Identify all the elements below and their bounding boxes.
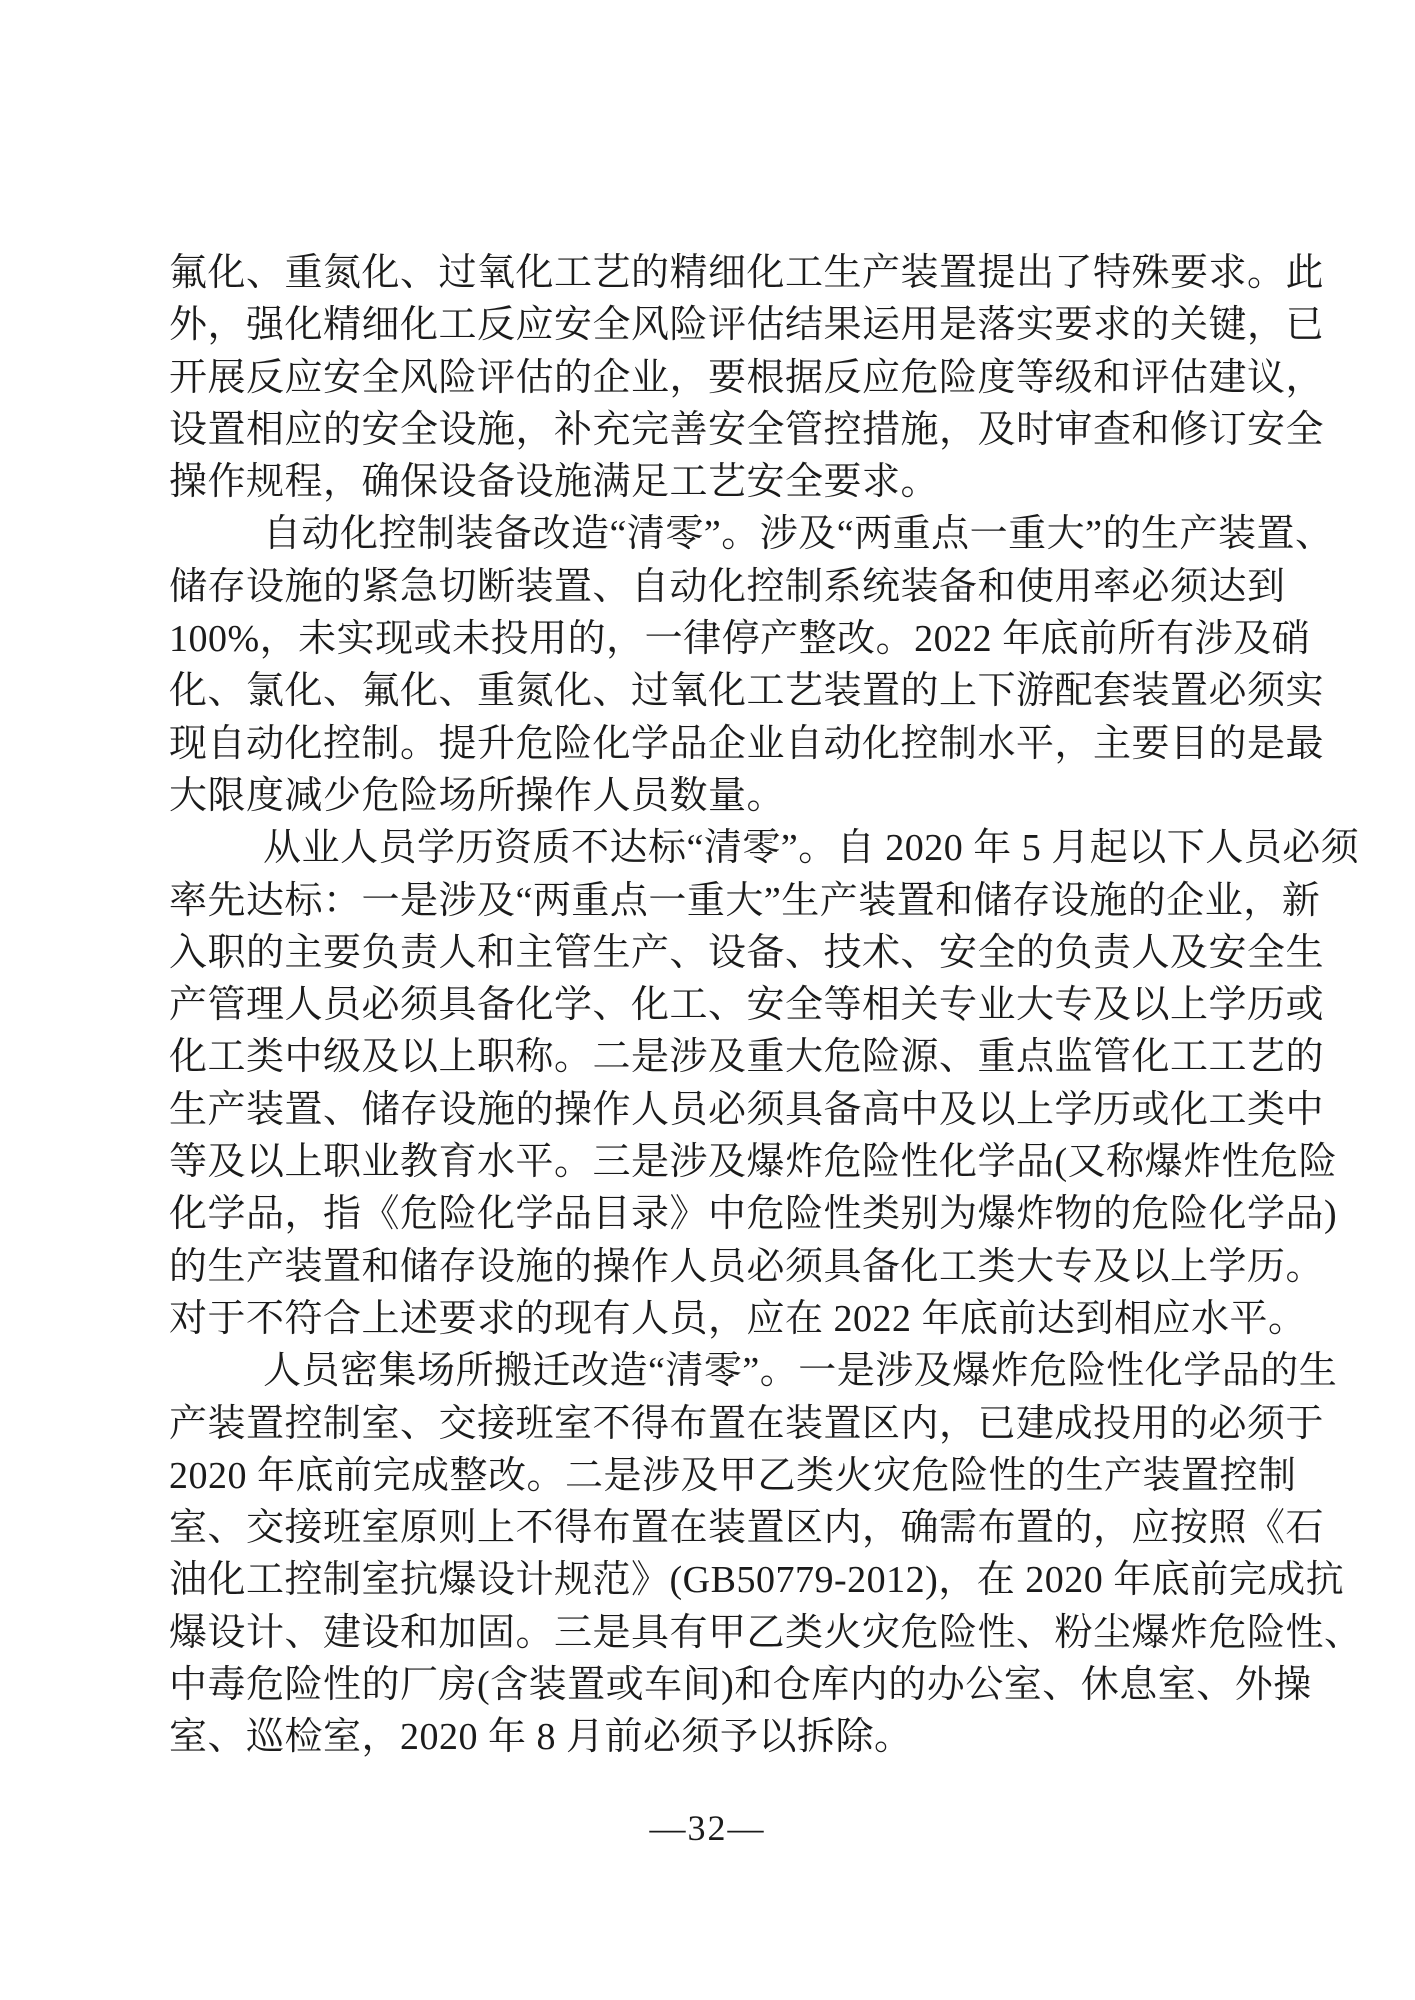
- paragraph-continuation: 氟化、重氮化、过氧化工艺的精细化工生产装置提出了特殊要求。此 外，强化精细化工反…: [169, 247, 1237, 508]
- text-line: 人员密集场所搬迁改造“清零”。一是涉及爆炸危险性化学品的生: [169, 1345, 1237, 1397]
- text-line: 化工类中级及以上职称。二是涉及重大危险源、重点监管化工工艺的: [169, 1031, 1237, 1083]
- text-line: 室、巡检室，2020 年 8 月前必须予以拆除。: [169, 1711, 1237, 1763]
- text-line: 从业人员学历资质不达标“清零”。自 2020 年 5 月起以下人员必须: [169, 822, 1237, 874]
- text-line: 生产装置、储存设施的操作人员必须具备高中及以上学历或化工类中: [169, 1084, 1237, 1136]
- text-line: 对于不符合上述要求的现有人员，应在 2022 年底前达到相应水平。: [169, 1293, 1237, 1345]
- text-line: 开展反应安全风险评估的企业，要根据反应危险度等级和评估建议，: [169, 352, 1237, 404]
- paragraph-automation-control: 自动化控制装备改造“清零”。涉及“两重点一重大”的生产装置、 储存设施的紧急切断…: [169, 508, 1237, 822]
- paragraph-personnel-qualification: 从业人员学历资质不达标“清零”。自 2020 年 5 月起以下人员必须 率先达标…: [169, 822, 1237, 1345]
- page-text: 氟化、重氮化、过氧化工艺的精细化工生产装置提出了特殊要求。此 外，强化精细化工反…: [169, 247, 1237, 1764]
- text-line: 入职的主要负责人和主管生产、设备、技术、安全的负责人及安全生: [169, 927, 1237, 979]
- text-line: 室、交接班室原则上不得布置在装置区内，确需布置的，应按照《石: [169, 1502, 1237, 1554]
- page-number: —32—: [0, 1806, 1415, 1850]
- text-line: 100%，未实现或未投用的，一律停产整改。2022 年底前所有涉及硝: [169, 613, 1237, 665]
- text-line: 外，强化精细化工反应安全风险评估结果运用是落实要求的关键，已: [169, 299, 1237, 351]
- text-line: 爆设计、建设和加固。三是具有甲乙类火灾危险性、粉尘爆炸危险性、: [169, 1607, 1237, 1659]
- text-line: 2020 年底前完成整改。二是涉及甲乙类火灾危险性的生产装置控制: [169, 1450, 1237, 1502]
- text-line: 油化工控制室抗爆设计规范》(GB50779-2012)，在 2020 年底前完成…: [169, 1554, 1237, 1606]
- text-line: 氟化、重氮化、过氧化工艺的精细化工生产装置提出了特殊要求。此: [169, 247, 1237, 299]
- text-line: 产装置控制室、交接班室不得布置在装置区内，已建成投用的必须于: [169, 1398, 1237, 1450]
- text-line: 大限度减少危险场所操作人员数量。: [169, 770, 1237, 822]
- text-line: 产管理人员必须具备化学、化工、安全等相关专业大专及以上学历或: [169, 979, 1237, 1031]
- text-line: 操作规程，确保设备设施满足工艺安全要求。: [169, 456, 1237, 508]
- text-line: 化、氯化、氟化、重氮化、过氧化工艺装置的上下游配套装置必须实: [169, 665, 1237, 717]
- text-line: 中毒危险性的厂房(含装置或车间)和仓库内的办公室、休息室、外操: [169, 1659, 1237, 1711]
- text-line: 自动化控制装备改造“清零”。涉及“两重点一重大”的生产装置、: [169, 508, 1237, 560]
- paragraph-crowded-places-relocation: 人员密集场所搬迁改造“清零”。一是涉及爆炸危险性化学品的生 产装置控制室、交接班…: [169, 1345, 1237, 1763]
- document-page: 氟化、重氮化、过氧化工艺的精细化工生产装置提出了特殊要求。此 外，强化精细化工反…: [0, 0, 1415, 2000]
- text-line: 储存设施的紧急切断装置、自动化控制系统装备和使用率必须达到: [169, 561, 1237, 613]
- text-line: 化学品，指《危险化学品目录》中危险性类别为爆炸物的危险化学品): [169, 1188, 1237, 1240]
- text-line: 设置相应的安全设施，补充完善安全管控措施，及时审查和修订安全: [169, 404, 1237, 456]
- text-line: 现自动化控制。提升危险化学品企业自动化控制水平，主要目的是最: [169, 718, 1237, 770]
- text-line: 率先达标：一是涉及“两重点一重大”生产装置和储存设施的企业，新: [169, 875, 1237, 927]
- text-line: 等及以上职业教育水平。三是涉及爆炸危险性化学品(又称爆炸性危险: [169, 1136, 1237, 1188]
- text-line: 的生产装置和储存设施的操作人员必须具备化工类大专及以上学历。: [169, 1241, 1237, 1293]
